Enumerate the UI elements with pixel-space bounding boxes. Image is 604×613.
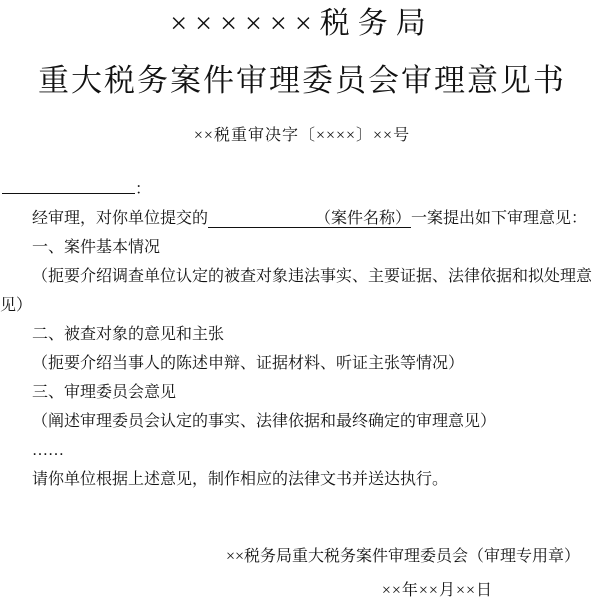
signature-block: ××税务局重大税务案件审理委员会（审理专用章） ××年××月××日 bbox=[0, 545, 604, 603]
intro-text-before: 经审理，对你单位提交的 bbox=[32, 210, 208, 227]
intro-text-after: 一案提出如下审理意见： bbox=[411, 210, 587, 227]
addressee-blank bbox=[2, 176, 135, 194]
document-body: ： 经审理，对你单位提交的（案件名称）一案提出如下审理意见： 一、案件基本情况 … bbox=[0, 175, 604, 494]
signature-date: ××年××月××日 bbox=[0, 579, 604, 603]
ellipsis-line: …… bbox=[0, 436, 604, 465]
section-1-note-line-1: （扼要介绍调查单位认定的被查对象违法事实、主要证据、法律依据和拟处理意 bbox=[0, 262, 604, 291]
section-1-heading: 一、案件基本情况 bbox=[0, 233, 604, 262]
intro-paragraph: 经审理，对你单位提交的（案件名称）一案提出如下审理意见： bbox=[0, 204, 604, 233]
org-title: ××××××税务局 bbox=[0, 7, 604, 41]
doc-title: 重大税务案件审理委员会审理意见书 bbox=[0, 61, 604, 101]
section-2-note: （扼要介绍当事人的陈述申辩、证据材料、听证主张等情况） bbox=[0, 349, 604, 378]
case-name-field: （案件名称） bbox=[208, 210, 411, 228]
doc-number: ××税重审决字〔××××〕××号 bbox=[0, 125, 604, 147]
salutation-line: ： bbox=[0, 175, 604, 204]
section-3-note: （阐述审理委员会认定的事实、法律依据和最终确定的审理意见） bbox=[0, 407, 604, 436]
case-name-hint: （案件名称） bbox=[315, 210, 411, 227]
section-3-heading: 三、审理委员会意见 bbox=[0, 378, 604, 407]
salutation-colon: ： bbox=[135, 181, 151, 198]
section-2-heading: 二、被查对象的意见和主张 bbox=[0, 320, 604, 349]
closing-line: 请你单位根据上述意见，制作相应的法律文书并送达执行。 bbox=[0, 465, 604, 494]
case-name-blank bbox=[208, 222, 315, 223]
document-page: ××××××税务局 重大税务案件审理委员会审理意见书 ××税重审决字〔××××〕… bbox=[0, 0, 604, 613]
committee-signature: ××税务局重大税务案件审理委员会（审理专用章） bbox=[0, 545, 604, 569]
section-1-note-line-2: 见） bbox=[0, 291, 604, 320]
